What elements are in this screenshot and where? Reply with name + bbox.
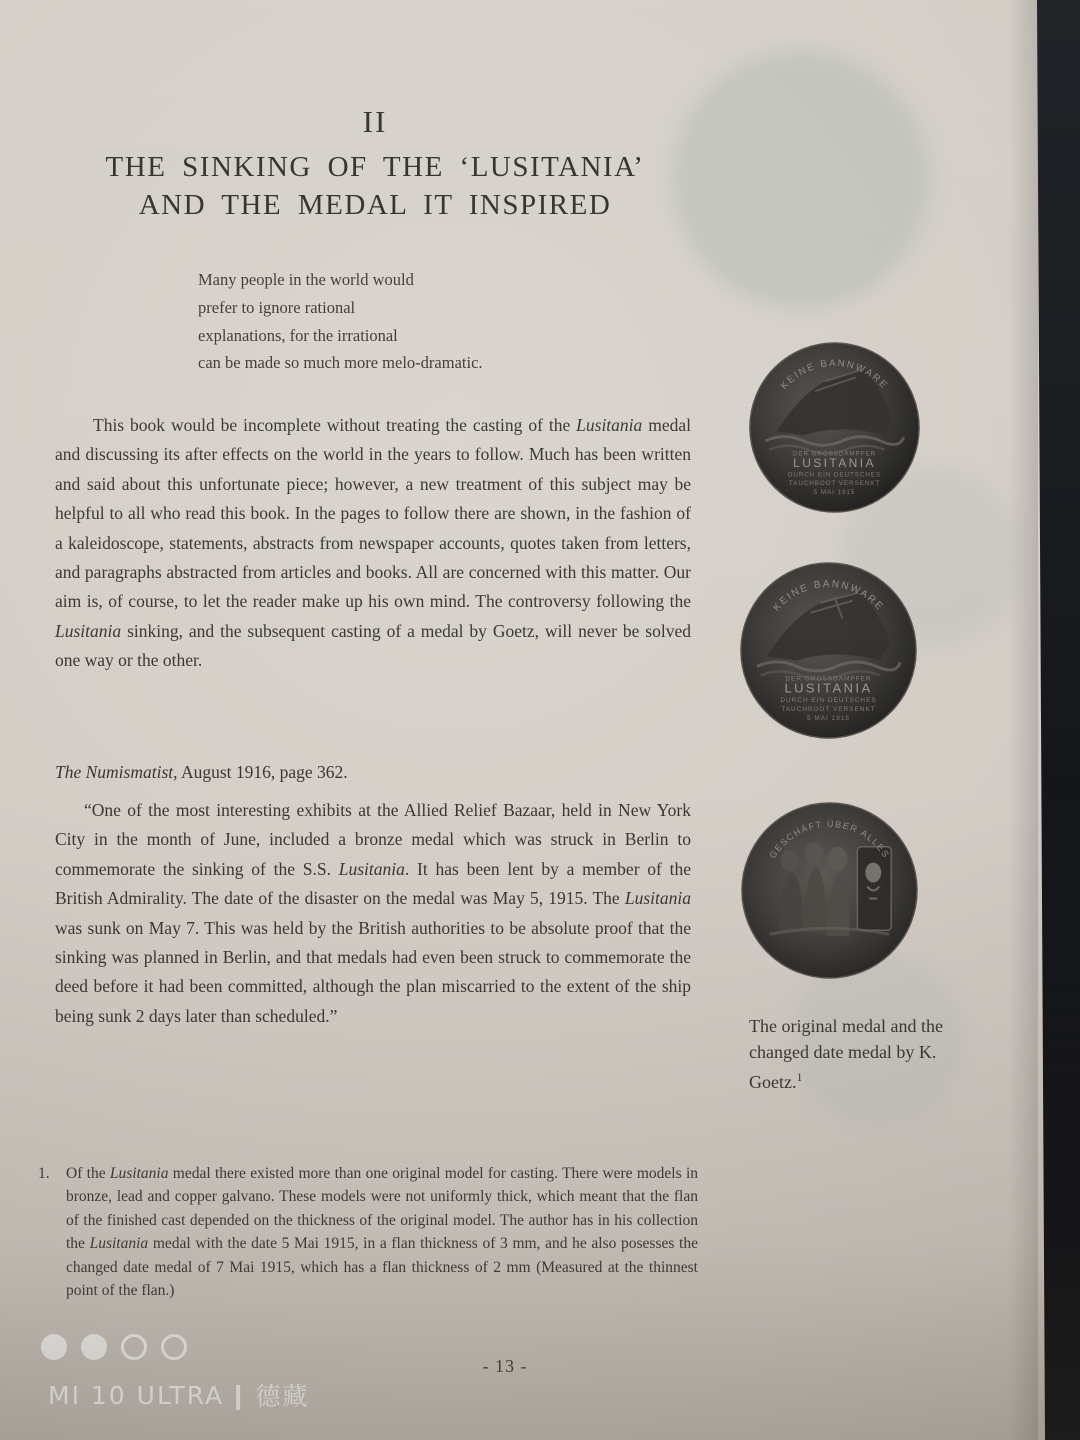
body-paragraph-1: This book would be incomplete without tr…	[55, 411, 691, 676]
medal-inscription: TAUCHBOOT VERSENKT	[789, 480, 880, 487]
watermark-dot-filled	[41, 1334, 67, 1360]
medal-obverse-1: KEINE BANNWARE DER GROSSDAMPFER LUSITANI…	[748, 341, 921, 514]
medal-reverse: GESCHÄFT ÜBER ALLES	[740, 801, 919, 980]
epigraph-line: explanations, for the irrational	[198, 322, 618, 350]
watermark-device-label: MI 10 ULTRA	[48, 1381, 224, 1410]
chapter-title: THE SINKING OF THE ‘LUSITANIA’ AND THE M…	[40, 148, 710, 224]
camera-watermark: MI 10 ULTRA | 德藏	[48, 1377, 309, 1413]
medal-inscription: DURCH EIN DEUTSCHES	[780, 697, 876, 704]
book-page-photo: II THE SINKING OF THE ‘LUSITANIA’ AND TH…	[0, 0, 1080, 1440]
source-citation-line: The Numismatist, August 1916, page 362.	[55, 762, 691, 783]
page-number: - 13 -	[430, 1356, 580, 1377]
medal-obverse-1-image: KEINE BANNWARE DER GROSSDAMPFER LUSITANI…	[748, 341, 921, 514]
medal-caption: The original medal and the changed date …	[749, 1014, 965, 1096]
medal-inscription: DURCH EIN DEUTSCHES	[788, 472, 881, 479]
epigraph-line: Many people in the world would	[198, 266, 618, 294]
chapter-numeral: II	[55, 104, 695, 140]
epigraph-line: prefer to ignore rational	[198, 294, 618, 322]
medal-inscription: 5 MAI 1915	[814, 489, 856, 496]
watermark-dot-hollow	[121, 1334, 147, 1360]
quoted-paragraph: “One of the most interesting exhibits at…	[55, 796, 691, 1031]
photo-background-edge	[1036, 0, 1080, 1440]
page-edge-shade	[1008, 0, 1038, 1440]
watermark-dot-hollow	[161, 1334, 187, 1360]
medal-obverse-2: KEINE BANNWARE DER GROSSDAMPFER LUSITANI…	[739, 561, 918, 740]
watermark-separator: |	[232, 1381, 248, 1410]
watermark-dots	[41, 1334, 187, 1360]
footnote-marker: 1.	[38, 1162, 66, 1302]
chapter-title-line1: THE SINKING OF THE ‘LUSITANIA’	[40, 148, 710, 186]
watermark-brand-cjk: 德藏	[255, 1377, 309, 1413]
chapter-title-line2: AND THE MEDAL IT INSPIRED	[40, 186, 710, 224]
watermark-dot-filled	[81, 1334, 107, 1360]
footnote-text: Of the Lusitania medal there existed mor…	[66, 1162, 698, 1302]
ghost-medal-showthrough	[672, 50, 930, 308]
medal-inscription: TAUCHBOOT VERSENKT	[781, 706, 875, 713]
epigraph-line: can be made so much more melo-dramatic.	[198, 349, 618, 377]
footnote: 1. Of the Lusitania medal there existed …	[38, 1162, 698, 1302]
medal-reverse-image: GESCHÄFT ÜBER ALLES	[740, 801, 919, 980]
medal-obverse-2-image: KEINE BANNWARE DER GROSSDAMPFER LUSITANI…	[739, 561, 918, 740]
medal-inscription: 5 MAI 1915	[807, 715, 850, 722]
medal-name-band: LUSITANIA	[784, 680, 872, 695]
epigraph: Many people in the world would prefer to…	[198, 266, 618, 377]
medal-name-band: LUSITANIA	[793, 456, 876, 470]
